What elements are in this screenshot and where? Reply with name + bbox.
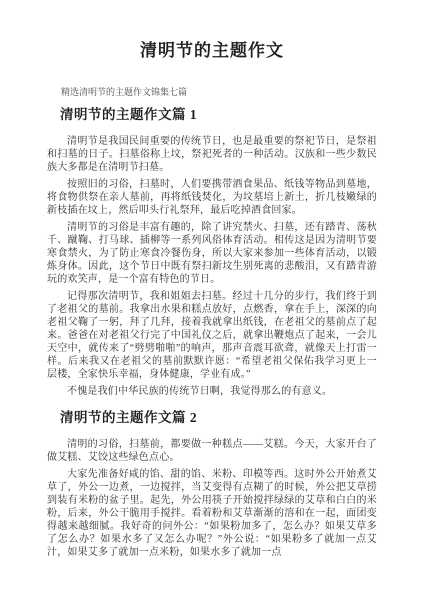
section-2-paragraph-1: 清明的习俗，扫墓前，都要做一种糕点——艾糕。今天，大家开台了做艾糕、艾饺这些绿色…	[47, 438, 377, 464]
section-2-paragraph-2: 大家先准备好咸的馅、甜的馅、米粉、印模等西。这时外公开始煮艾草了，外公一边煮，一…	[47, 468, 377, 559]
section-1-paragraph-1: 清明节是我国民间重要的传统节日，也是最重要的祭祀节日，是祭祖和扫墓的日子。扫墓俗…	[47, 135, 377, 174]
section-1-heading: 清明节的主题作文篇 1	[60, 106, 377, 123]
essay-subtitle: 精选清明节的主题作文锦集七篇	[61, 87, 377, 98]
section-1-paragraph-5: 不愧是我们中华民族的传统节日啊，我觉得那么的有意义。	[47, 385, 377, 398]
section-1-paragraph-2: 按照旧的习俗，扫墓时，人们要携带酒食果品、纸钱等物品到墓地，将食物供祭在亲人墓前…	[47, 178, 377, 217]
section-2-heading: 清明节的主题作文篇 2	[60, 409, 377, 426]
section-1-paragraph-3: 清明节的习俗是丰富有趣的，除了讲究禁火、扫墓，还有踏青、荡秋千、蹴鞠、打马球、插…	[47, 221, 377, 286]
section-1-paragraph-4: 记得那次清明节，我和姐姐去扫墓。经过十几分的步行，我们终于到了老祖父的墓前。我拿…	[47, 290, 377, 381]
essay-title: 清明节的主题作文	[47, 38, 377, 64]
document-page: 清明节的主题作文 精选清明节的主题作文锦集七篇 清明节的主题作文篇 1 清明节是…	[0, 0, 424, 600]
